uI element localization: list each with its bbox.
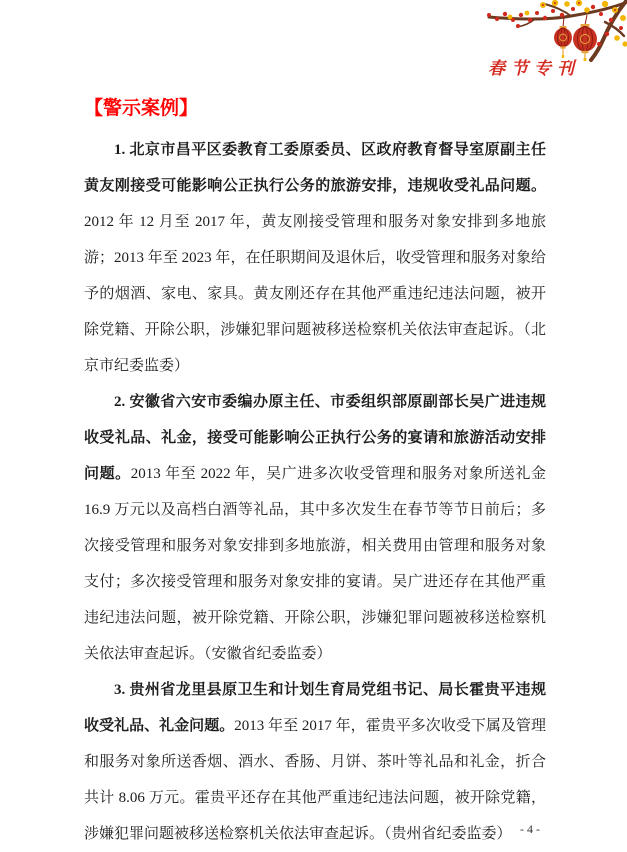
case-paragraph: 3. 贵州省龙里县原卫生和计划生育局党组书记、局长霍贵平违规收受礼品、礼金问题。… bbox=[84, 672, 546, 852]
masthead-title: 春节专刊 bbox=[488, 54, 580, 79]
case-lead: 1. 北京市昌平区委教育工委原委员、区政府教育督导室原副主任黄友刚接受可能影响公… bbox=[84, 142, 546, 194]
document-body: 【警示案例】 1. 北京市昌平区委教育工委原委员、区政府教育督导室原副主任黄友刚… bbox=[84, 96, 546, 852]
document-page: 春节专刊 【警示案例】 1. 北京市昌平区委教育工委原委员、区政府教育督导室原副… bbox=[0, 0, 627, 852]
section-heading: 【警示案例】 bbox=[84, 96, 546, 122]
case-body: 2013 年至 2022 年，吴广进多次收受管理和服务对象所送礼金 16.9 万… bbox=[84, 466, 546, 662]
case-body: 2012 年 12 月至 2017 年，黄友刚接受管理和服务对象安排到多地旅游；… bbox=[84, 214, 546, 374]
case-body: 2013 年至 2017 年，霍贵平多次收受下属及管理和服务对象所送香烟、酒水、… bbox=[84, 718, 546, 842]
case-paragraph: 2. 安徽省六安市委编办原主任、市委组织部原副部长吴广进违规收受礼品、礼金，接受… bbox=[84, 384, 546, 672]
case-paragraph: 1. 北京市昌平区委教育工委原委员、区政府教育督导室原副主任黄友刚接受可能影响公… bbox=[84, 132, 546, 384]
spring-festival-decoration bbox=[475, 0, 627, 62]
page-number: - 4 - bbox=[500, 822, 560, 837]
